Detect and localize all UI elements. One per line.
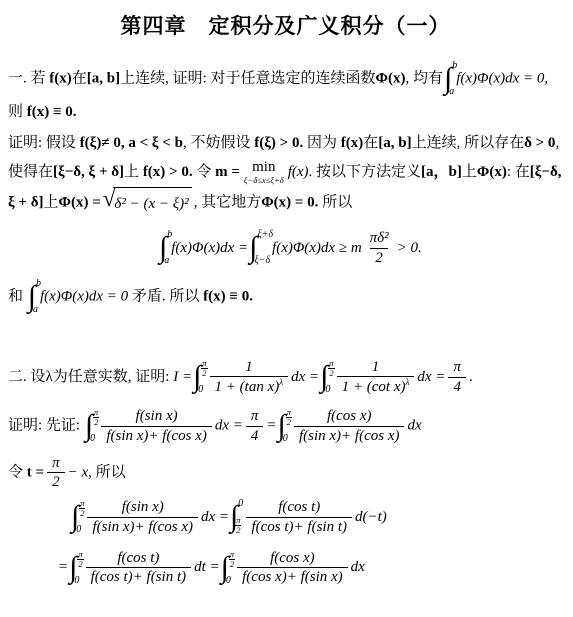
math-run: [a, b] [87,70,120,86]
mini-denominator: 2 [286,417,292,427]
math-run: Φ(x) = [59,194,101,210]
document-page: 第四章 定积分及广义积分（一） 一. 若 f(x)在[a, b]上连续, 证明:… [0,0,573,587]
lower-limit: ξ−δ [254,256,270,266]
lower-limit: π2 [235,516,241,535]
math-run: f(x)Φ(x)dx = [171,240,248,257]
integral-a-to-b: ∫ba [28,278,39,316]
pi-over-2: π2 [79,499,85,518]
denominator-base: 1 + (cot x) [342,379,406,395]
lower-limit: a [164,256,169,266]
problem-2-statement: 二. 设λ为任意实数, 证明: I =∫π2011 + (tan x)λdx =… [8,358,563,398]
integral-limits: ξ+δξ−δ [255,229,271,267]
fraction: f(cos x)f(sin x)+ f(cos x) [294,407,405,446]
text-run: . [469,369,473,385]
exponent-lambda: λ [279,377,283,387]
upper-limit: π2 [77,550,83,569]
integral-0-to-pi-over-2: ∫π20 [71,498,83,536]
fraction: f(sin x)f(sin x)+ f(cos x) [87,498,198,537]
fraction: 11 + (tan x)λ [210,358,289,398]
text-run: 令 [8,464,27,480]
mini-denominator: 2 [229,559,235,569]
upper-limit: π2 [93,408,99,427]
integral-a-to-b: ∫ba [444,60,455,98]
math-run: Φ(x) [376,70,406,86]
upper-limit: 0 [238,499,244,509]
substitution-line: 令 t =π2− x, 所以 [8,454,563,493]
lower-limit: 0 [325,385,331,395]
integral-0-to-pi-over-2: ∫π20 [221,549,233,587]
lower-limit: 0 [198,385,204,395]
math-run: = [58,559,68,576]
problem-1-proof: 证明: 假设 f(ξ)≠ 0, a < ξ < b, 不妨假设 f(ξ) > 0… [8,129,563,219]
integral-limits: ba [450,60,455,98]
min-operator: minξ−δ≤x≤ξ+δ [244,160,284,185]
mini-denominator: 2 [77,559,83,569]
numerator: f(cos x) [265,549,320,568]
pi-over-2: π2 [93,408,99,427]
math-run: I = [173,369,192,385]
denominator: f(cos t)+ f(sin t) [86,567,192,587]
upper-limit: π2 [201,359,207,378]
upper-limit: b [452,61,457,71]
square-root: √δ² − (x − ξ)² [103,187,192,219]
upper-limit: π2 [286,408,292,427]
math-run: dx [407,418,421,434]
math-run: f(x) ≡ 0. [27,104,77,120]
mini-numerator: π [202,359,206,368]
text-run: 证明: 先证: [8,418,84,434]
fraction: f(cos t)f(cos t)+ f(sin t) [246,498,352,537]
integral-xi-neighborhood: ∫ξ+δξ−δ [249,229,271,267]
radicand: δ² − (x − ξ)² [113,187,191,219]
mini-numerator: π [230,550,234,559]
problem-2-proof-line: 证明: 先证: ∫π20f(sin x)f(sin x)+ f(cos x)dx… [8,407,563,446]
integral-0-to-pi-over-2: ∫π20 [278,407,290,445]
math-run: f(x)Φ(x)dx = 0, [456,70,548,86]
pi-over-2: π2 [286,408,292,427]
display-equation-3: =∫π20f(cos t)f(cos t)+ f(sin t)dt =∫π20f… [58,549,563,588]
numerator: f(sin x) [117,498,169,517]
pi-over-2: π2 [328,359,334,378]
integral-limits: ba [165,229,170,267]
math-run: f(x) [341,135,364,151]
math-run: [a，b] [421,164,462,180]
math-run: dt = [194,559,220,576]
text-run: , 所以 [88,464,126,480]
integral-0-to-pi-over-2: ∫π20 [69,549,81,587]
text-run: 矛盾. 所以 [128,288,203,304]
text-run: : 在 [507,164,530,180]
upper-limit: ξ+δ [257,230,273,240]
upper-limit: π2 [229,550,235,569]
upper-limit: π2 [79,499,85,518]
pi-over-2: π2 [77,550,83,569]
numerator: f(cos t) [112,549,164,568]
integral-limits: π20 [77,498,83,536]
display-equation-1: ∫baf(x)Φ(x)dx =∫ξ+δξ−δf(x)Φ(x)dx ≥ mπδ²2… [158,229,563,268]
integral-limits: 0π2 [236,498,242,536]
math-run: [a, b] [378,135,411,151]
numerator: π [47,454,65,473]
min-limits: ξ−δ≤x≤ξ+δ [244,176,284,185]
pi-over-2: π2 [201,359,207,378]
integral-limits: π20 [284,407,290,445]
math-run: m = [215,164,240,180]
denominator: f(cos t)+ f(sin t) [246,517,352,537]
math-run: f(x) [49,70,72,86]
exponent-lambda: λ [406,377,410,387]
math-run: δ > 0 [524,135,555,151]
math-run: f(x)Φ(x)dx = 0 [40,288,128,304]
pi-over-2: π2 [235,516,241,535]
math-run: > 0. [397,240,422,257]
math-run: dx = [201,509,229,526]
denominator: 4 [448,377,466,397]
denominator: f(sin x)+ f(cos x) [101,426,212,446]
text-run: , 不妨假设 [183,135,254,151]
mini-numerator: π [78,550,82,559]
math-run: f(x) [288,164,309,180]
numerator: π [246,407,264,426]
numerator: f(sin x) [131,407,183,426]
denominator: 1 + (cot x)λ [337,376,415,397]
text-run: 令 [193,164,216,180]
denominator: 2 [47,472,65,492]
text-run: 则 [8,104,27,120]
fraction: πδ²2 [365,229,394,268]
mini-denominator: 2 [235,525,241,535]
fraction: f(cos t)f(cos t)+ f(sin t) [86,549,192,588]
math-run: f(x) ≡ 0. [203,288,253,304]
integral-limits: π20 [227,549,233,587]
numerator: 1 [367,358,385,377]
numerator: f(cos t) [273,498,325,517]
integral-a-to-b: ∫ba [159,229,170,267]
math-run: d(−t) [355,509,387,526]
denominator: f(cos x)+ f(sin x) [237,567,348,587]
pi-over-2: π2 [229,550,235,569]
math-run: − x [68,464,89,480]
text-run: 因为 [303,135,341,151]
min-label: min [252,160,275,175]
mini-denominator: 2 [328,368,334,378]
text-run: 上连续, 证明: 对于任意选定的连续函数 [120,70,375,86]
denominator: f(sin x)+ f(cos x) [294,426,405,446]
text-run: 在 [363,135,378,151]
integral-pi-over-2-to-0: ∫0π2 [230,498,242,536]
text-run: 在 [72,70,87,86]
mini-denominator: 2 [79,508,85,518]
text-run: , 均有 [405,70,443,86]
integral-0-to-pi-over-2: ∫π20 [320,358,332,396]
math-run: dx [351,559,365,576]
numerator: πδ² [365,229,394,248]
numerator: 1 [240,358,258,377]
integral-limits: π20 [75,549,81,587]
text-run: 上 [462,164,477,180]
fraction: f(sin x)f(sin x)+ f(cos x) [101,407,212,446]
integral-limits: ba [34,278,39,316]
lower-limit: a [449,87,454,97]
integral-limits: π20 [326,358,332,396]
pi-over-4-fraction: π4 [246,407,264,446]
text-run: 证明: 假设 [8,135,80,151]
text-run: 二. 设λ为任意实数, 证明: [8,369,173,385]
lower-limit: 0 [283,434,289,444]
numerator: f(cos x) [322,407,377,426]
denominator: 2 [370,248,388,268]
math-run: t = [27,464,44,480]
mini-numerator: π [80,499,84,508]
upper-limit: π2 [328,359,334,378]
integral-0-to-pi-over-2: ∫π20 [193,358,205,396]
mini-numerator: π [236,516,240,525]
chapter-title: 第四章 定积分及广义积分（一） [8,10,563,40]
text-run: 上连续, 所以存在 [412,135,525,151]
lower-limit: a [33,305,38,315]
upper-limit: b [167,230,172,240]
text-run: 上 [124,164,143,180]
text-run: 一. 若 [8,70,49,86]
math-run: dx = [291,369,319,385]
math-run: dx = [215,418,243,434]
integral-0-to-pi-over-2: ∫π20 [85,407,97,445]
display-equation-2: ∫π20f(sin x)f(sin x)+ f(cos x)dx =∫0π2f(… [70,498,563,537]
denominator: f(sin x)+ f(cos x) [87,517,198,537]
lower-limit: 0 [76,525,82,535]
denominator: 1 + (tan x)λ [210,376,289,397]
math-run: Φ(x) = 0. [261,194,318,210]
numerator: π [448,358,466,377]
text-run: . 按以下方法定义 [309,164,422,180]
problem-1-statement: 一. 若 f(x)在[a, b]上连续, 证明: 对于任意选定的连续函数Φ(x)… [8,60,563,127]
math-run: = [266,418,276,434]
fraction: 11 + (cot x)λ [337,358,415,398]
math-run: Φ(x) [477,164,507,180]
lower-limit: 0 [74,576,80,586]
text-run: , 其它地方 [194,194,262,210]
pi-over-2-fraction: π2 [47,454,65,493]
fraction: f(cos x)f(cos x)+ f(sin x) [237,549,348,588]
mini-numerator: π [94,408,98,417]
denominator-base: 1 + (tan x) [215,379,280,395]
text-run: 所以 [318,194,352,210]
math-run: f(ξ)≠ 0, a < ξ < b [80,135,183,151]
mini-denominator: 2 [93,417,99,427]
integral-limits: π20 [199,358,205,396]
contradiction-line: 和 ∫baf(x)Φ(x)dx = 0 矛盾. 所以 f(x) ≡ 0. [8,278,563,316]
math-run: dx = [417,369,445,385]
text-run: 上 [44,194,59,210]
mini-numerator: π [287,408,291,417]
integral-limits: π20 [91,407,97,445]
math-run: [ξ−δ, ξ + δ] [53,164,124,180]
lower-limit: 0 [90,434,96,444]
pi-over-4-fraction: π4 [448,358,466,397]
mini-numerator: π [329,359,333,368]
denominator: 4 [246,426,264,446]
text-run: 和 [8,288,27,304]
upper-limit: b [36,279,41,289]
math-run: f(ξ) > 0. [254,135,303,151]
mini-denominator: 2 [201,368,207,378]
lower-limit: 0 [226,576,232,586]
math-run: f(x) > 0. [143,164,193,180]
math-run: f(x)Φ(x)dx ≥ m [272,240,362,257]
